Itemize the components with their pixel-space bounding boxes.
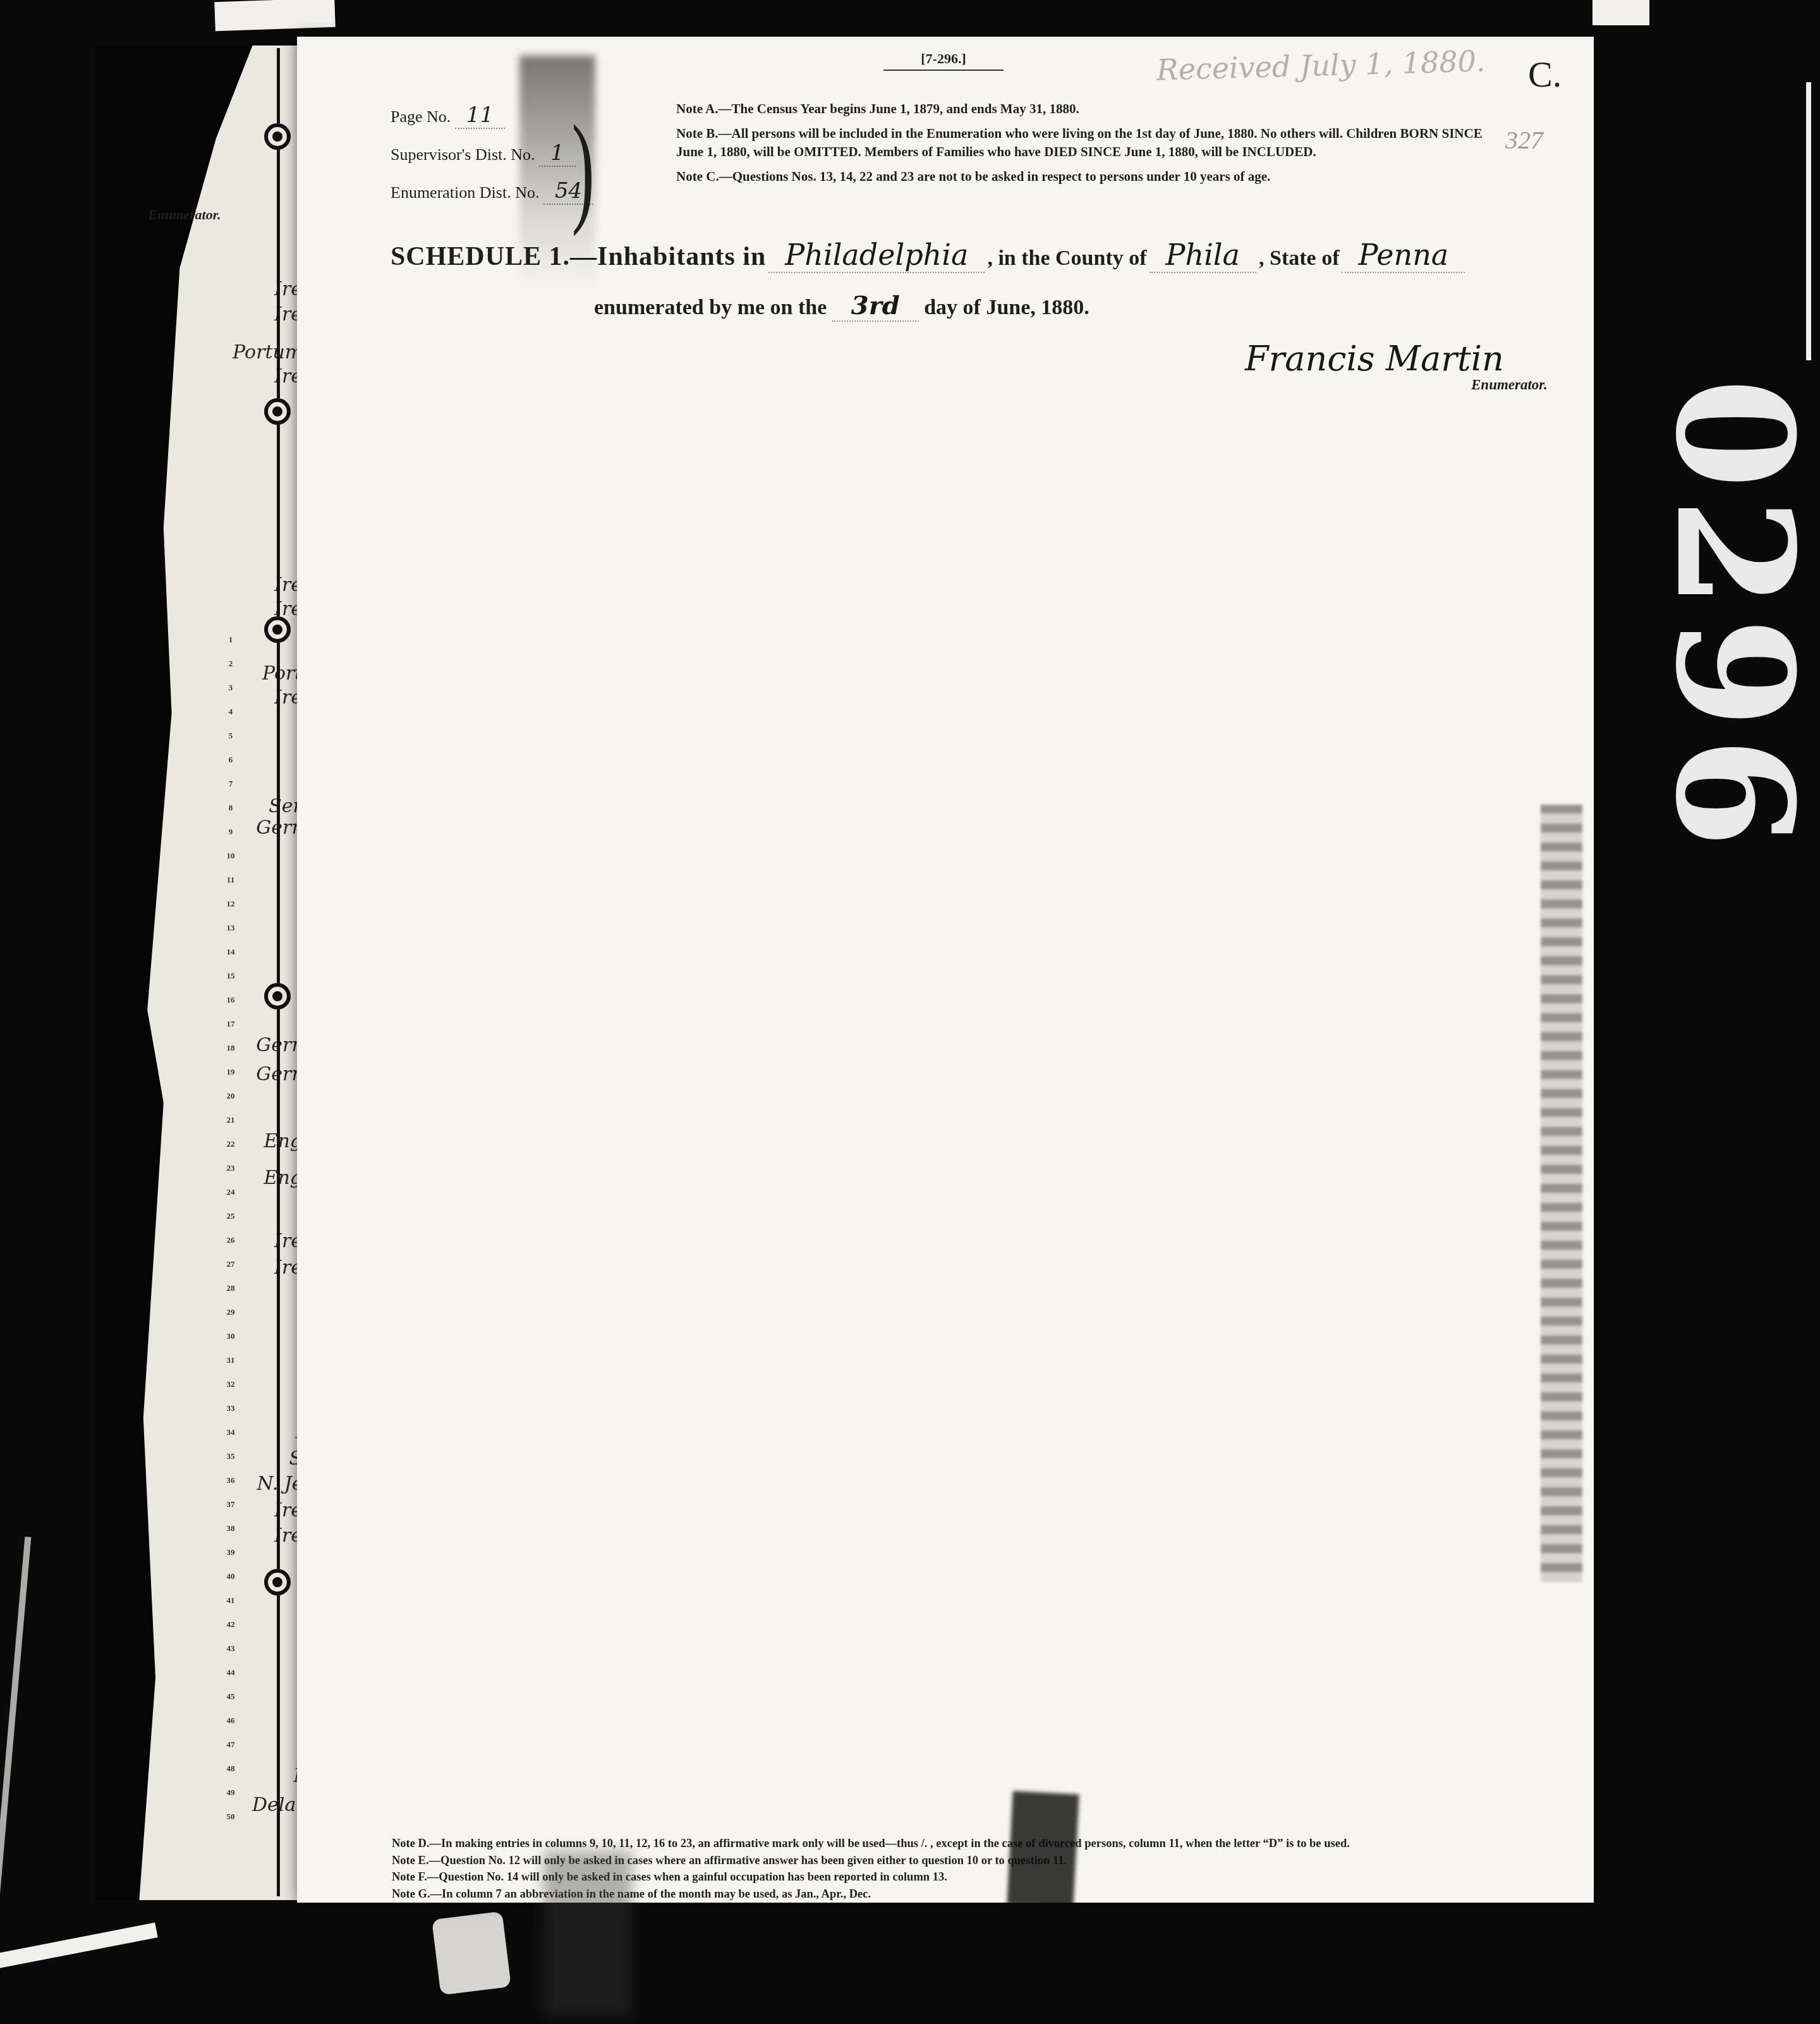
prev-row-number: 7	[222, 779, 239, 789]
supervisor-value: 1	[539, 140, 576, 167]
film-edge-mark	[1806, 82, 1811, 360]
film-frame-number: 0296	[1641, 378, 1820, 871]
prev-enumerator-label: Enumerator.	[148, 207, 221, 223]
received-stamp: Received July 1, 1880.	[1156, 43, 1510, 87]
prev-row-number: 44	[222, 1667, 239, 1678]
page-no-value: 11	[455, 102, 505, 129]
note-b: Note B.—All persons will be included in …	[676, 125, 1491, 161]
prev-row-number: 21	[222, 1115, 239, 1125]
prev-row-number: 11	[222, 875, 239, 885]
census-page: [7-296.] Received July 1, 1880. C. 327 P…	[297, 37, 1594, 1903]
prev-row-number: 39	[222, 1547, 239, 1558]
state-value: Penna	[1342, 238, 1465, 273]
prev-row-number: 40	[222, 1571, 239, 1582]
torn-film-edge	[95, 46, 297, 1900]
film-edge-mark	[0, 1537, 31, 1990]
prev-row-number: 14	[222, 947, 239, 957]
prev-row-number: 6	[222, 755, 239, 765]
prev-row-number: 29	[222, 1307, 239, 1317]
prev-row-number: 28	[222, 1283, 239, 1293]
prev-row-number: 24	[222, 1187, 239, 1197]
prev-row-number: 37	[222, 1499, 239, 1509]
prev-row-number: 17	[222, 1019, 239, 1029]
prev-row-number: 32	[222, 1379, 239, 1389]
supervisor-line: Supervisor's Dist. No. 1	[391, 140, 576, 166]
prev-row-number: 50	[222, 1812, 239, 1822]
enumeration-line: Enumeration Dist. No. 54	[391, 178, 593, 204]
prev-row-number: 35	[222, 1451, 239, 1461]
prev-row-number: 4	[222, 707, 239, 717]
prev-row-number: 12	[222, 899, 239, 909]
census-scan: 0296 Enumerator. IrelandIrelandPortuma d…	[0, 0, 1820, 2024]
note-g: Note G.—In column 7 an abbreviation in t…	[392, 1887, 1504, 1903]
prev-row-number: 20	[222, 1091, 239, 1101]
binder-eyelet	[264, 1569, 291, 1595]
paper-scrap	[432, 1911, 511, 1996]
note-e: Note E.—Question No. 12 will only be ask…	[392, 1854, 1504, 1869]
prev-row-number: 8	[222, 803, 239, 813]
prev-row-number: 48	[222, 1764, 239, 1774]
prev-row-number: 5	[222, 731, 239, 741]
binder-eyelet	[264, 398, 291, 425]
pencil-page-number: 327	[1505, 125, 1543, 155]
note-f: Note F.—Question No. 14 will only be ask…	[392, 1870, 1504, 1886]
note-a: Note A.—The Census Year begins June 1, 1…	[676, 100, 1491, 118]
prev-row-number: 1	[222, 635, 239, 645]
prev-row-number: 33	[222, 1403, 239, 1413]
prev-row-number: 23	[222, 1163, 239, 1173]
county-value: Phila	[1150, 238, 1256, 273]
previous-page-fragment: Enumerator. IrelandIrelandPortuma doIrel…	[95, 46, 297, 1900]
prev-row-number: 47	[222, 1740, 239, 1750]
enum-day-value: 3rd	[832, 291, 919, 322]
prev-row-number: 27	[222, 1259, 239, 1269]
prev-row-number: 30	[222, 1331, 239, 1341]
prev-row-number: 2	[222, 659, 239, 669]
prev-row-number: 22	[222, 1139, 239, 1149]
prev-row-number: 3	[222, 683, 239, 693]
binder-wire	[277, 48, 280, 1896]
prev-row-number: 36	[222, 1475, 239, 1485]
prev-row-number: 25	[222, 1211, 239, 1221]
schedule-title-line: SCHEDULE 1.—Inhabitants in Philadelphia …	[391, 238, 1528, 272]
prev-row-number: 9	[222, 827, 239, 837]
prev-row-number: 19	[222, 1067, 239, 1077]
prev-row-number: 41	[222, 1595, 239, 1606]
binder-eyelet	[264, 123, 291, 150]
prev-row-number: 49	[222, 1788, 239, 1798]
corner-letter: C.	[1528, 53, 1562, 95]
film-edge-mark	[0, 1923, 158, 1972]
prev-row-number: 46	[222, 1716, 239, 1726]
brace-glyph: )	[572, 97, 595, 240]
prev-row-number: 43	[222, 1643, 239, 1654]
enumerated-line: enumerated by me on the 3rd day of June,…	[594, 291, 1089, 320]
enumerator-label: Enumerator.	[1471, 377, 1548, 393]
scan-streak	[1541, 805, 1582, 1582]
note-c: Note C.—Questions Nos. 13, 14, 22 and 23…	[676, 168, 1491, 186]
header-notes: Note A.—The Census Year begins June 1, 1…	[676, 100, 1491, 192]
prev-row-number: 34	[222, 1427, 239, 1437]
enumerator-signature: Francis Martin	[1245, 339, 1504, 379]
prev-row-number: 31	[222, 1355, 239, 1365]
film-edge-mark	[214, 0, 335, 31]
binder-eyelet	[264, 983, 291, 1009]
place-value: Philadelphia	[768, 238, 985, 273]
prev-row-number: 16	[222, 995, 239, 1005]
prev-row-number: 18	[222, 1043, 239, 1053]
prev-row-number: 15	[222, 971, 239, 981]
film-edge-mark	[1592, 0, 1649, 25]
prev-row-number: 26	[222, 1235, 239, 1245]
prev-row-number: 10	[222, 851, 239, 861]
binder-eyelet	[264, 616, 291, 643]
prev-row-number: 45	[222, 1692, 239, 1702]
page-no-line: Page No. 11	[391, 102, 505, 128]
form-code: [7-296.]	[883, 51, 1004, 71]
prev-row-number: 13	[222, 923, 239, 933]
prev-row-number: 42	[222, 1619, 239, 1630]
footer-notes: Note D.—In making entries in columns 9, …	[392, 1837, 1504, 1905]
prev-row-number: 38	[222, 1523, 239, 1533]
note-d: Note D.—In making entries in columns 9, …	[392, 1837, 1504, 1852]
